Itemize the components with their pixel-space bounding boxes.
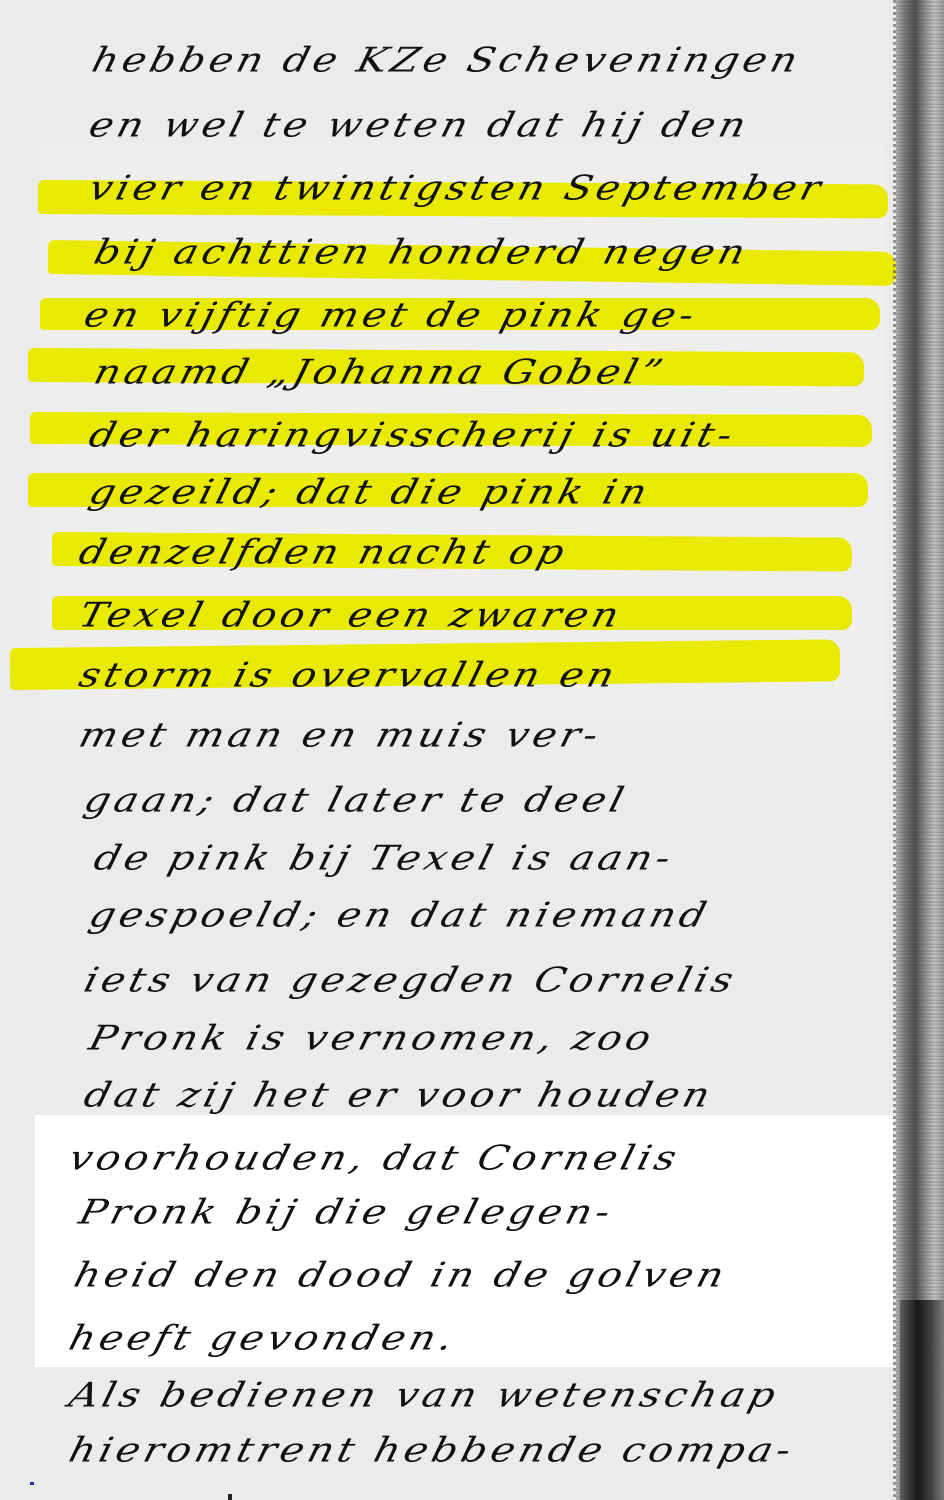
line-text: gezeild; dat die pink in — [85, 473, 655, 512]
handwritten-line: en vijftig met de pink ge- — [80, 275, 707, 335]
handwritten-line: storm is overvallen en — [75, 635, 628, 695]
handwritten-line: Als bedienen van wetenschap — [65, 1355, 789, 1415]
line-text: dat zij het er voor houden — [80, 1076, 718, 1115]
handwritten-line: heid den dood in de golven — [70, 1235, 737, 1295]
binding-edge — [896, 0, 944, 1500]
line-text: hieromtrent hebbende compa- — [65, 1431, 799, 1470]
handwritten-line: gezeild; dat die pink in — [85, 452, 660, 512]
line-text: iets van gezegden Cornelis — [80, 961, 741, 1000]
handwritten-line: heeft gevonden. — [65, 1298, 466, 1358]
line-text: de pink bij Texel is aan- — [90, 839, 678, 878]
handwritten-line: bij achttien honderd negen — [90, 212, 758, 272]
line-text: gaan; dat later te deel — [80, 781, 632, 820]
handwritten-line: gaan; dat later te deel — [80, 760, 637, 820]
binding-margin-line — [893, 0, 896, 1500]
line-text: storm is overvallen en — [75, 656, 622, 695]
scan-mark — [30, 1482, 34, 1485]
line-text: Pronk bij die gelegen- — [75, 1193, 618, 1232]
line-text: Pronk is vernomen, zoo — [85, 1019, 659, 1058]
handwritten-line: vier en twintigsten September — [85, 148, 834, 208]
handwritten-line: en wel te weten dat hij den — [85, 85, 759, 145]
handwritten-line: voorhouden, dat Cornelis — [65, 1118, 690, 1178]
line-text: naamd „Johanna Gobel” — [90, 353, 671, 392]
handwritten-line: Pronk bij die gelegen- — [75, 1172, 623, 1232]
line-text: der haringvisscherij is uit- — [85, 416, 740, 455]
line-text: gespoeld; en dat niemand — [85, 896, 714, 935]
document-page: hebben de KZe Scheveningenen wel te wete… — [0, 0, 944, 1500]
handwritten-line: Texel door een zwaren — [75, 575, 632, 635]
line-text: bij achttien honderd negen — [90, 233, 753, 272]
scan-tick — [228, 1494, 232, 1500]
line-text: met man en muis ver- — [75, 716, 606, 755]
line-text: hebben de KZe Scheveningen — [88, 41, 805, 80]
handwritten-line: der haringvisscherij is uit- — [85, 395, 745, 455]
handwritten-line: hebben de KZe Scheveningen — [88, 20, 811, 80]
handwritten-line: gespoeld; en dat niemand — [85, 875, 719, 935]
line-text: heid den dood in de golven — [70, 1256, 732, 1295]
line-text: denzelfden nacht op — [75, 533, 572, 572]
handwritten-line: naamd „Johanna Gobel” — [90, 332, 676, 392]
line-text: heeft gevonden. — [65, 1319, 461, 1358]
handwritten-line: hieromtrent hebbende compa- — [65, 1410, 804, 1470]
line-text: en wel te weten dat hij den — [85, 106, 754, 145]
binding-shadow — [900, 1300, 944, 1500]
line-text: en vijftig met de pink ge- — [80, 296, 702, 335]
handwritten-line: met man en muis ver- — [75, 695, 611, 755]
handwritten-line: Pronk is vernomen, zoo — [85, 998, 664, 1058]
handwritten-line: denzelfden nacht op — [75, 512, 577, 572]
handwritten-line: dat zij het er voor houden — [80, 1055, 723, 1115]
handwritten-line: de pink bij Texel is aan- — [90, 818, 684, 878]
handwritten-line: iets van gezegden Cornelis — [80, 940, 746, 1000]
line-text: Texel door een zwaren — [75, 596, 627, 635]
line-text: vier en twintigsten September — [85, 169, 829, 208]
